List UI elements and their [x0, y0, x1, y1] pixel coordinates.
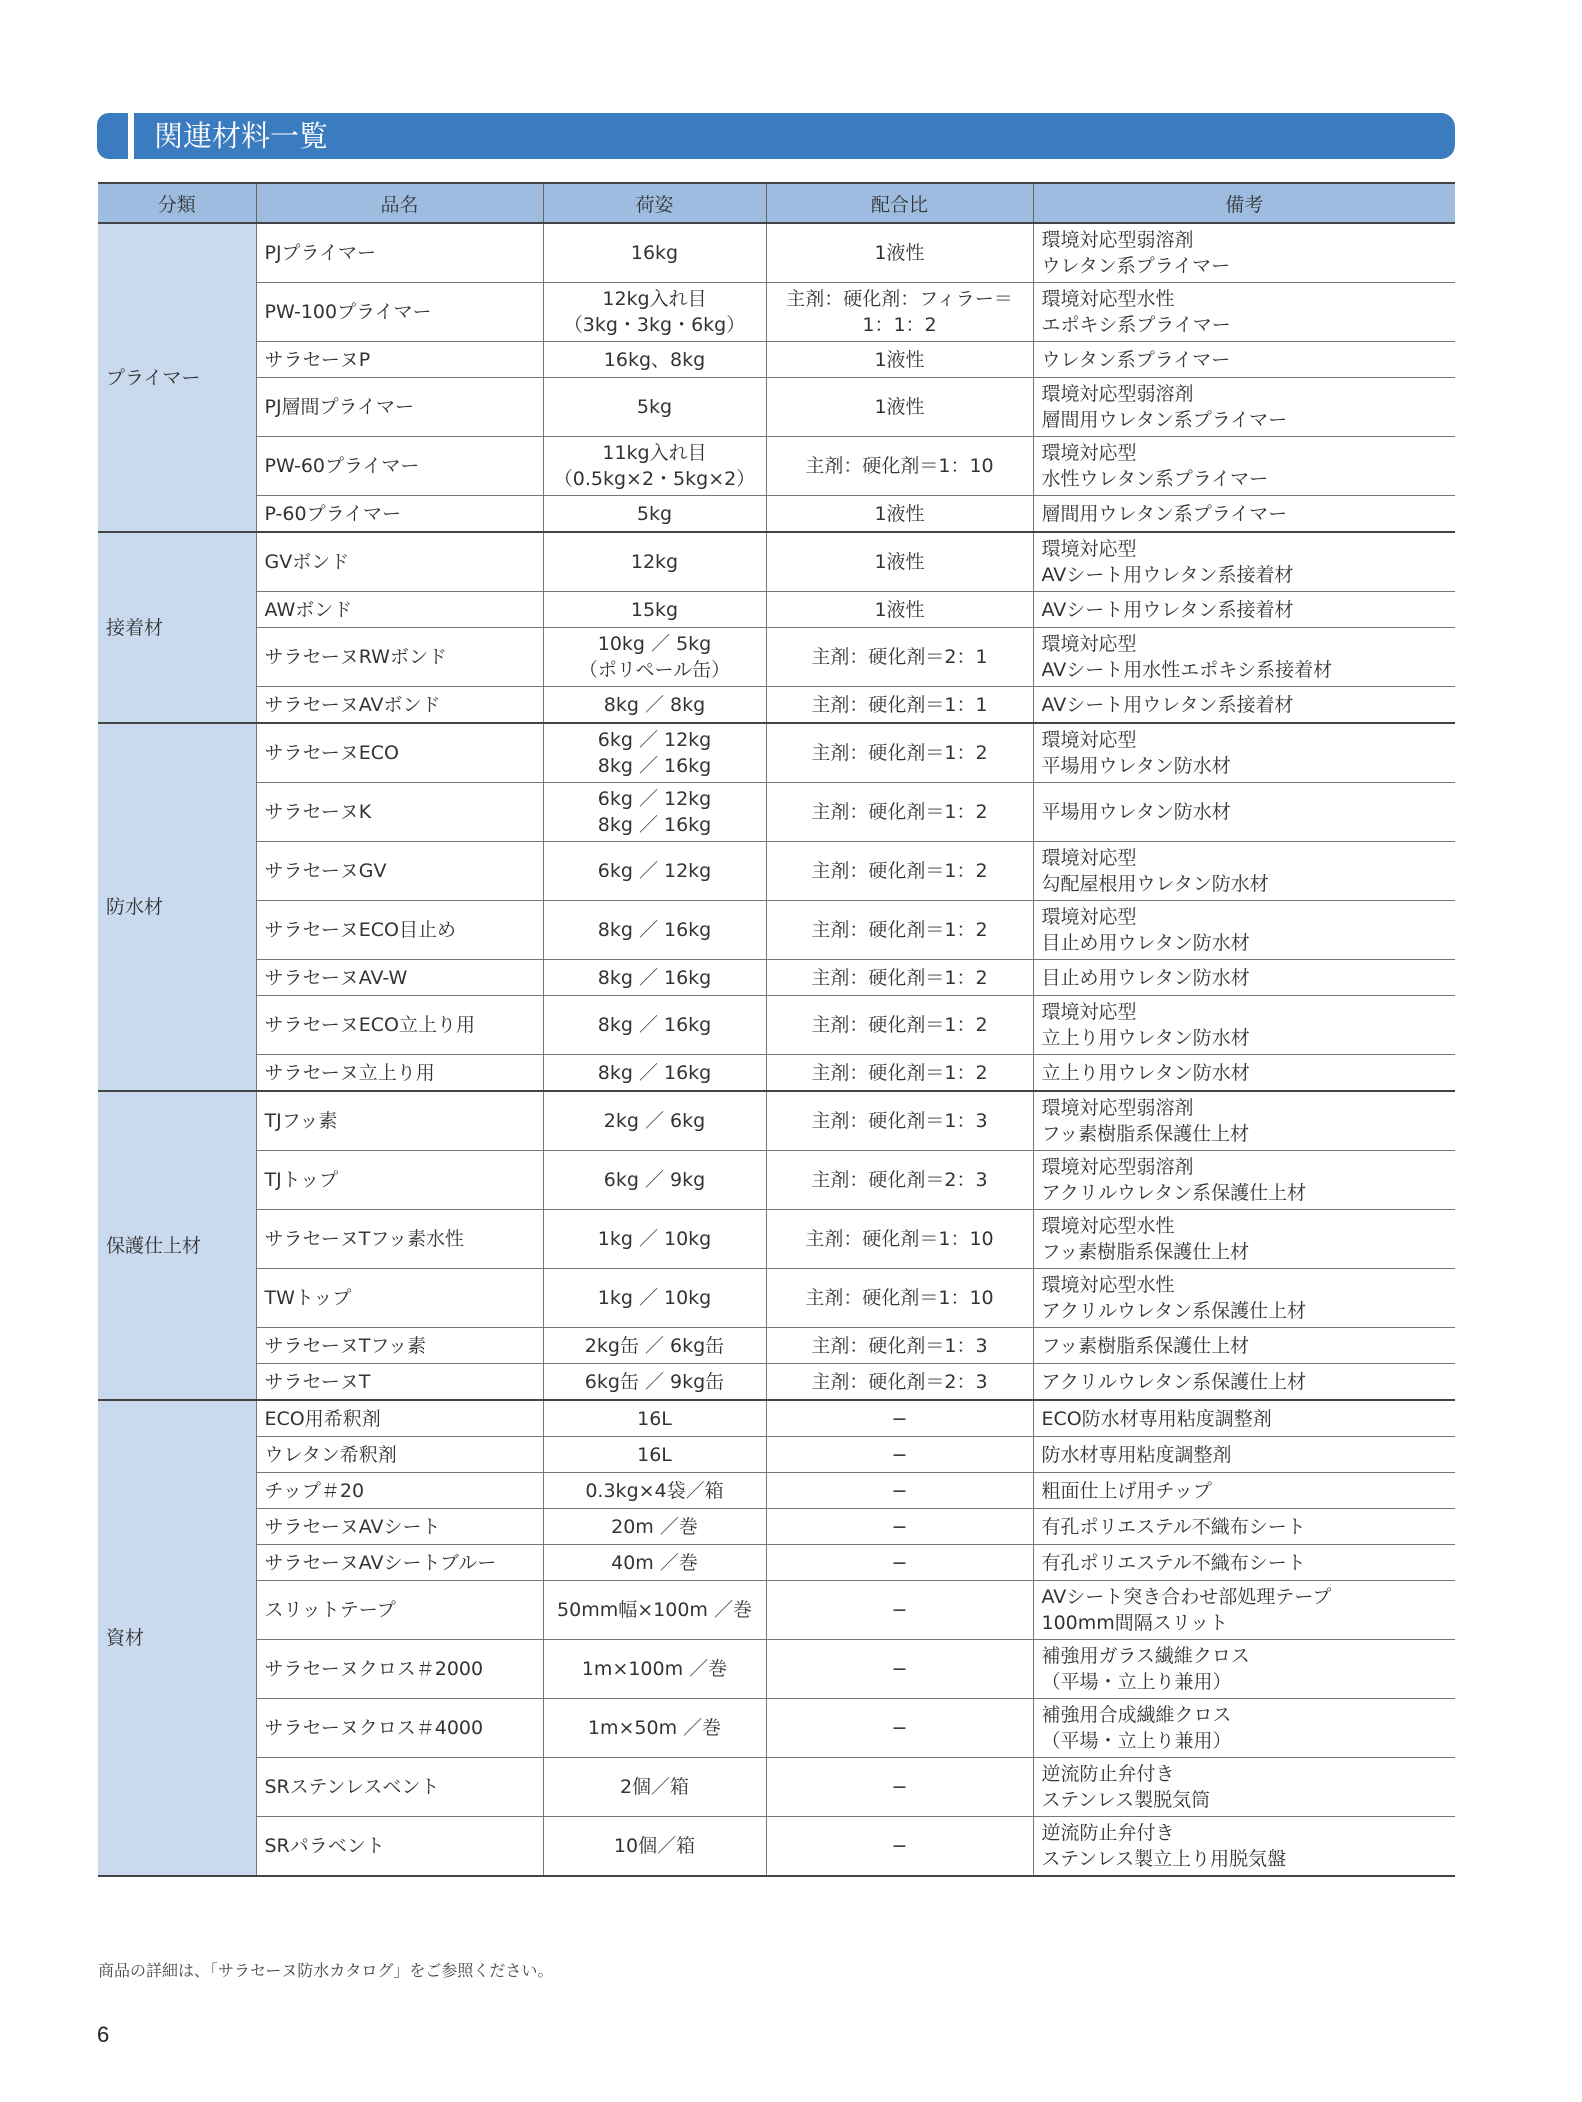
product-name-cell: ウレタン希釈剤 [256, 1437, 543, 1473]
table-row: サラセーヌP16kg、8kg1液性ウレタン系プライマー [98, 342, 1455, 378]
product-name-cell: チップ＃20 [256, 1473, 543, 1509]
notes-cell: 有孔ポリエステル不織布シート [1033, 1545, 1455, 1581]
package-cell: 6kg ／ 9kg [543, 1151, 766, 1210]
table-row: TJトップ6kg ／ 9kg主剤：硬化剤＝2：3環境対応型弱溶剤 アクリルウレタ… [98, 1151, 1455, 1210]
notes-cell: 補強用合成繊維クロス （平場・立上り兼用） [1033, 1699, 1455, 1758]
product-name-cell: TJトップ [256, 1151, 543, 1210]
package-cell: 5kg [543, 378, 766, 437]
product-name-cell: SRパラベント [256, 1817, 543, 1877]
mix-ratio-cell: 主剤：硬化剤＝1：2 [766, 960, 1033, 996]
product-name-cell: サラセーヌTフッ素 [256, 1328, 543, 1364]
product-name-cell: AWボンド [256, 592, 543, 628]
package-cell: 12kg入れ目 （3kg・3kg・6kg） [543, 283, 766, 342]
related-materials-table: 分類 品名 荷姿 配合比 備考 プライマーPJプライマー16kg1液性環境対応型… [98, 182, 1455, 1877]
package-cell: 2kg缶 ／ 6kg缶 [543, 1328, 766, 1364]
mix-ratio-cell: − [766, 1545, 1033, 1581]
table-row: サラセーヌAV-W8kg ／ 16kg主剤：硬化剤＝1：2目止め用ウレタン防水材 [98, 960, 1455, 996]
mix-ratio-cell: − [766, 1581, 1033, 1640]
table-row: PW-60プライマー11kg入れ目 （0.5kg×2・5kg×2）主剤：硬化剤＝… [98, 437, 1455, 496]
notes-cell: 防水材専用粘度調整剤 [1033, 1437, 1455, 1473]
table-row: サラセーヌAVシートブルー40m ／巻−有孔ポリエステル不織布シート [98, 1545, 1455, 1581]
notes-cell: 環境対応型 勾配屋根用ウレタン防水材 [1033, 842, 1455, 901]
mix-ratio-cell: 主剤：硬化剤＝1：2 [766, 842, 1033, 901]
mix-ratio-cell: 主剤：硬化剤＝1：2 [766, 783, 1033, 842]
notes-cell: 補強用ガラス繊維クロス （平場・立上り兼用） [1033, 1640, 1455, 1699]
package-cell: 6kg ／ 12kg [543, 842, 766, 901]
table-row: サラセーヌAVボンド8kg ／ 8kg主剤：硬化剤＝1：1AVシート用ウレタン系… [98, 687, 1455, 724]
package-cell: 5kg [543, 496, 766, 533]
notes-cell: 環境対応型弱溶剤 フッ素樹脂系保護仕上材 [1033, 1091, 1455, 1151]
product-name-cell: サラセーヌP [256, 342, 543, 378]
package-cell: 6kg ／ 12kg 8kg ／ 16kg [543, 783, 766, 842]
section-title-bar: 関連材料一覧 [97, 113, 1455, 159]
package-cell: 8kg ／ 16kg [543, 901, 766, 960]
table-row: SRパラベント10個／箱−逆流防止弁付き ステンレス製立上り用脱気盤 [98, 1817, 1455, 1877]
mix-ratio-cell: 主剤：硬化剤＝1：10 [766, 437, 1033, 496]
table-row: ウレタン希釈剤16L−防水材専用粘度調整剤 [98, 1437, 1455, 1473]
mix-ratio-cell: − [766, 1699, 1033, 1758]
mix-ratio-cell: − [766, 1817, 1033, 1877]
mix-ratio-cell: 主剤：硬化剤＝1：2 [766, 901, 1033, 960]
notes-cell: AVシート用ウレタン系接着材 [1033, 687, 1455, 724]
notes-cell: 環境対応型弱溶剤 アクリルウレタン系保護仕上材 [1033, 1151, 1455, 1210]
mix-ratio-cell: 主剤：硬化剤＝1：2 [766, 996, 1033, 1055]
product-name-cell: サラセーヌクロス＃4000 [256, 1699, 543, 1758]
table-row: サラセーヌクロス＃40001m×50m ／巻−補強用合成繊維クロス （平場・立上… [98, 1699, 1455, 1758]
table-row: サラセーヌAVシート20m ／巻−有孔ポリエステル不織布シート [98, 1509, 1455, 1545]
product-name-cell: サラセーヌK [256, 783, 543, 842]
mix-ratio-cell: − [766, 1473, 1033, 1509]
product-name-cell: TJフッ素 [256, 1091, 543, 1151]
product-name-cell: サラセーヌAVシートブルー [256, 1545, 543, 1581]
mix-ratio-cell: 主剤：硬化剤＝2：3 [766, 1151, 1033, 1210]
table-row: 保護仕上材TJフッ素2kg ／ 6kg主剤：硬化剤＝1：3環境対応型弱溶剤 フッ… [98, 1091, 1455, 1151]
package-cell: 8kg ／ 16kg [543, 960, 766, 996]
package-cell: 1m×50m ／巻 [543, 1699, 766, 1758]
category-cell: 接着材 [98, 532, 256, 723]
header-category: 分類 [98, 183, 256, 223]
product-name-cell: スリットテープ [256, 1581, 543, 1640]
package-cell: 11kg入れ目 （0.5kg×2・5kg×2） [543, 437, 766, 496]
product-name-cell: ECO用希釈剤 [256, 1400, 543, 1437]
package-cell: 0.3kg×4袋／箱 [543, 1473, 766, 1509]
table-row: SRステンレスベント2個／箱−逆流防止弁付き ステンレス製脱気筒 [98, 1758, 1455, 1817]
product-name-cell: TWトップ [256, 1269, 543, 1328]
product-name-cell: サラセーヌAVシート [256, 1509, 543, 1545]
product-name-cell: サラセーヌAVボンド [256, 687, 543, 724]
mix-ratio-cell: 1液性 [766, 342, 1033, 378]
package-cell: 40m ／巻 [543, 1545, 766, 1581]
header-package: 荷姿 [543, 183, 766, 223]
mix-ratio-cell: 主剤：硬化剤：フィラー＝ 1：1：2 [766, 283, 1033, 342]
product-name-cell: サラセーヌECO [256, 723, 543, 783]
notes-cell: 平場用ウレタン防水材 [1033, 783, 1455, 842]
product-name-cell: PJプライマー [256, 223, 543, 283]
table-row: サラセーヌT6kg缶 ／ 9kg缶主剤：硬化剤＝2：3アクリルウレタン系保護仕上… [98, 1364, 1455, 1401]
mix-ratio-cell: − [766, 1437, 1033, 1473]
table-row: スリットテープ50mm幅×100m ／巻−AVシート突き合わせ部処理テープ 10… [98, 1581, 1455, 1640]
mix-ratio-cell: 主剤：硬化剤＝1：1 [766, 687, 1033, 724]
mix-ratio-cell: 主剤：硬化剤＝1：3 [766, 1091, 1033, 1151]
mix-ratio-cell: 主剤：硬化剤＝1：2 [766, 1055, 1033, 1092]
mix-ratio-cell: 1液性 [766, 592, 1033, 628]
notes-cell: 環境対応型水性 アクリルウレタン系保護仕上材 [1033, 1269, 1455, 1328]
mix-ratio-cell: 1液性 [766, 378, 1033, 437]
notes-cell: 環境対応型 立上り用ウレタン防水材 [1033, 996, 1455, 1055]
package-cell: 10kg ／ 5kg （ポリペール缶） [543, 628, 766, 687]
product-name-cell: サラセーヌECO目止め [256, 901, 543, 960]
package-cell: 20m ／巻 [543, 1509, 766, 1545]
table-row: サラセーヌクロス＃20001m×100m ／巻−補強用ガラス繊維クロス （平場・… [98, 1640, 1455, 1699]
header-mix-ratio: 配合比 [766, 183, 1033, 223]
product-name-cell: PW-60プライマー [256, 437, 543, 496]
package-cell: 15kg [543, 592, 766, 628]
table-row: プライマーPJプライマー16kg1液性環境対応型弱溶剤 ウレタン系プライマー [98, 223, 1455, 283]
notes-cell: AVシート用ウレタン系接着材 [1033, 592, 1455, 628]
notes-cell: フッ素樹脂系保護仕上材 [1033, 1328, 1455, 1364]
notes-cell: 粗面仕上げ用チップ [1033, 1473, 1455, 1509]
table-row: サラセーヌECO目止め8kg ／ 16kg主剤：硬化剤＝1：2環境対応型 目止め… [98, 901, 1455, 960]
package-cell: 6kg缶 ／ 9kg缶 [543, 1364, 766, 1401]
package-cell: 2個／箱 [543, 1758, 766, 1817]
product-name-cell: PW-100プライマー [256, 283, 543, 342]
mix-ratio-cell: 主剤：硬化剤＝1：3 [766, 1328, 1033, 1364]
table-row: サラセーヌK6kg ／ 12kg 8kg ／ 16kg主剤：硬化剤＝1：2平場用… [98, 783, 1455, 842]
page-title: 関連材料一覧 [154, 119, 328, 153]
product-name-cell: サラセーヌ立上り用 [256, 1055, 543, 1092]
product-name-cell: SRステンレスベント [256, 1758, 543, 1817]
table-row: PW-100プライマー12kg入れ目 （3kg・3kg・6kg）主剤：硬化剤：フ… [98, 283, 1455, 342]
title-bar-main: 関連材料一覧 [134, 113, 1455, 159]
package-cell: 10個／箱 [543, 1817, 766, 1877]
notes-cell: 環境対応型弱溶剤 ウレタン系プライマー [1033, 223, 1455, 283]
table-header-row: 分類 品名 荷姿 配合比 備考 [98, 183, 1455, 223]
package-cell: 6kg ／ 12kg 8kg ／ 16kg [543, 723, 766, 783]
product-name-cell: サラセーヌクロス＃2000 [256, 1640, 543, 1699]
mix-ratio-cell: 主剤：硬化剤＝2：1 [766, 628, 1033, 687]
table-row: PJ層間プライマー5kg1液性環境対応型弱溶剤 層間用ウレタン系プライマー [98, 378, 1455, 437]
notes-cell: 環境対応型水性 エポキシ系プライマー [1033, 283, 1455, 342]
table-body: プライマーPJプライマー16kg1液性環境対応型弱溶剤 ウレタン系プライマーPW… [98, 223, 1455, 1876]
mix-ratio-cell: 主剤：硬化剤＝1：10 [766, 1269, 1033, 1328]
mix-ratio-cell: 主剤：硬化剤＝1：2 [766, 723, 1033, 783]
package-cell: 16kg [543, 223, 766, 283]
notes-cell: 目止め用ウレタン防水材 [1033, 960, 1455, 996]
product-name-cell: サラセーヌTフッ素水性 [256, 1210, 543, 1269]
notes-cell: ECO防水材専用粘度調整剤 [1033, 1400, 1455, 1437]
category-cell: 保護仕上材 [98, 1091, 256, 1400]
mix-ratio-cell: 1液性 [766, 223, 1033, 283]
mix-ratio-cell: 主剤：硬化剤＝1：10 [766, 1210, 1033, 1269]
product-name-cell: GVボンド [256, 532, 543, 592]
package-cell: 16L [543, 1400, 766, 1437]
notes-cell: 逆流防止弁付き ステンレス製脱気筒 [1033, 1758, 1455, 1817]
notes-cell: 環境対応型 AVシート用水性エポキシ系接着材 [1033, 628, 1455, 687]
page-number: 6 [97, 2022, 109, 2048]
notes-cell: 環境対応型水性 フッ素樹脂系保護仕上材 [1033, 1210, 1455, 1269]
table-row: 防水材サラセーヌECO6kg ／ 12kg 8kg ／ 16kg主剤：硬化剤＝1… [98, 723, 1455, 783]
title-bar-tab-accent [97, 113, 128, 159]
table-row: サラセーヌGV6kg ／ 12kg主剤：硬化剤＝1：2環境対応型 勾配屋根用ウレ… [98, 842, 1455, 901]
table-row: サラセーヌRWボンド10kg ／ 5kg （ポリペール缶）主剤：硬化剤＝2：1環… [98, 628, 1455, 687]
product-name-cell: サラセーヌGV [256, 842, 543, 901]
package-cell: 12kg [543, 532, 766, 592]
product-name-cell: サラセーヌAV-W [256, 960, 543, 996]
header-product-name: 品名 [256, 183, 543, 223]
table-row: TWトップ1kg ／ 10kg主剤：硬化剤＝1：10環境対応型水性 アクリルウレ… [98, 1269, 1455, 1328]
package-cell: 8kg ／ 16kg [543, 996, 766, 1055]
table-row: 接着材GVボンド12kg1液性環境対応型 AVシート用ウレタン系接着材 [98, 532, 1455, 592]
product-name-cell: PJ層間プライマー [256, 378, 543, 437]
notes-cell: 環境対応型 目止め用ウレタン防水材 [1033, 901, 1455, 960]
mix-ratio-cell: − [766, 1400, 1033, 1437]
table-row: サラセーヌECO立上り用8kg ／ 16kg主剤：硬化剤＝1：2環境対応型 立上… [98, 996, 1455, 1055]
footnote: 商品の詳細は、「サラセーヌ防水カタログ」をご参照ください。 [98, 1958, 553, 1981]
notes-cell: 立上り用ウレタン防水材 [1033, 1055, 1455, 1092]
package-cell: 2kg ／ 6kg [543, 1091, 766, 1151]
product-name-cell: サラセーヌECO立上り用 [256, 996, 543, 1055]
package-cell: 8kg ／ 8kg [543, 687, 766, 724]
package-cell: 1kg ／ 10kg [543, 1210, 766, 1269]
notes-cell: 環境対応型 AVシート用ウレタン系接着材 [1033, 532, 1455, 592]
product-name-cell: サラセーヌT [256, 1364, 543, 1401]
product-name-cell: サラセーヌRWボンド [256, 628, 543, 687]
category-cell: 資材 [98, 1400, 256, 1876]
mix-ratio-cell: − [766, 1640, 1033, 1699]
table-row: AWボンド15kg1液性AVシート用ウレタン系接着材 [98, 592, 1455, 628]
category-cell: プライマー [98, 223, 256, 532]
package-cell: 16kg、8kg [543, 342, 766, 378]
package-cell: 16L [543, 1437, 766, 1473]
package-cell: 1kg ／ 10kg [543, 1269, 766, 1328]
category-cell: 防水材 [98, 723, 256, 1091]
package-cell: 50mm幅×100m ／巻 [543, 1581, 766, 1640]
mix-ratio-cell: − [766, 1509, 1033, 1545]
mix-ratio-cell: 1液性 [766, 496, 1033, 533]
notes-cell: AVシート突き合わせ部処理テープ 100mm間隔スリット [1033, 1581, 1455, 1640]
header-notes: 備考 [1033, 183, 1455, 223]
package-cell: 1m×100m ／巻 [543, 1640, 766, 1699]
notes-cell: ウレタン系プライマー [1033, 342, 1455, 378]
mix-ratio-cell: 主剤：硬化剤＝2：3 [766, 1364, 1033, 1401]
table-row: サラセーヌ立上り用8kg ／ 16kg主剤：硬化剤＝1：2立上り用ウレタン防水材 [98, 1055, 1455, 1092]
notes-cell: 層間用ウレタン系プライマー [1033, 496, 1455, 533]
table-row: 資材ECO用希釈剤16L−ECO防水材専用粘度調整剤 [98, 1400, 1455, 1437]
package-cell: 8kg ／ 16kg [543, 1055, 766, 1092]
notes-cell: 有孔ポリエステル不織布シート [1033, 1509, 1455, 1545]
notes-cell: アクリルウレタン系保護仕上材 [1033, 1364, 1455, 1401]
table-row: サラセーヌTフッ素水性1kg ／ 10kg主剤：硬化剤＝1：10環境対応型水性 … [98, 1210, 1455, 1269]
notes-cell: 逆流防止弁付き ステンレス製立上り用脱気盤 [1033, 1817, 1455, 1877]
notes-cell: 環境対応型 平場用ウレタン防水材 [1033, 723, 1455, 783]
notes-cell: 環境対応型弱溶剤 層間用ウレタン系プライマー [1033, 378, 1455, 437]
product-name-cell: P-60プライマー [256, 496, 543, 533]
table-row: サラセーヌTフッ素2kg缶 ／ 6kg缶主剤：硬化剤＝1：3フッ素樹脂系保護仕上… [98, 1328, 1455, 1364]
notes-cell: 環境対応型 水性ウレタン系プライマー [1033, 437, 1455, 496]
table-row: P-60プライマー5kg1液性層間用ウレタン系プライマー [98, 496, 1455, 533]
mix-ratio-cell: − [766, 1758, 1033, 1817]
mix-ratio-cell: 1液性 [766, 532, 1033, 592]
table-row: チップ＃200.3kg×4袋／箱−粗面仕上げ用チップ [98, 1473, 1455, 1509]
